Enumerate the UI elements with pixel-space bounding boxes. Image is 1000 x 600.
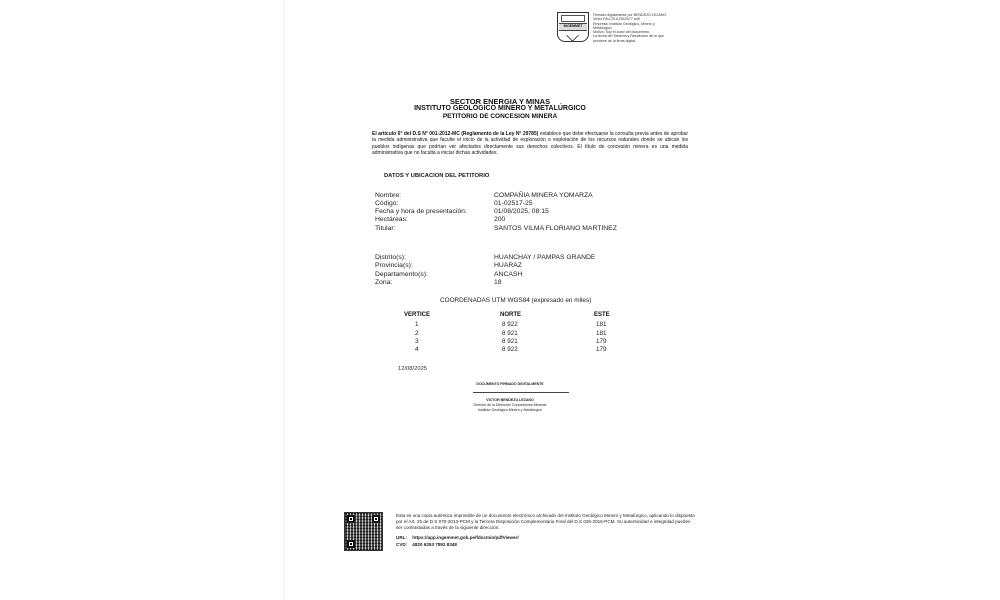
label-nombre: Nombre: (375, 192, 401, 199)
table-cell: 3 (415, 338, 419, 345)
ingemmet-seal-icon: INGEMMET (557, 12, 589, 42)
value-zona: 18 (494, 279, 502, 286)
table-cell: 4 (415, 346, 419, 353)
coordinates-title: COORDENADAS UTM WGS84 (expresado en mile… (440, 297, 591, 304)
col-norte: NORTE (500, 312, 521, 318)
signature-caption: DOCUMENTO FIRMADO DIGITALMENTE (445, 382, 575, 386)
table-cell: 8 921 (502, 338, 518, 345)
value-titular: SANTOS VILMA FLORIANO MARTINEZ (494, 225, 617, 232)
label-codigo: Código: (375, 200, 398, 207)
authenticity-notice: Esta es una copia auténtica imprimible d… (396, 513, 696, 530)
label-distrito: Distrito(s): (375, 254, 406, 261)
document-date: 12/08/2025 (398, 366, 427, 372)
footer-cvd-row: CVD: 4820 9253 7892 8348 (396, 542, 457, 547)
value-distrito: HUANCHAY / PAMPAS GRANDE (494, 254, 595, 261)
label-zona: Zona: (375, 279, 392, 286)
label-departamento: Departamento(s): (375, 271, 428, 278)
table-cell: 179 (596, 346, 607, 353)
label-fecha: Fecha y hora de presentación: (375, 208, 467, 215)
value-nombre: COMPAÑIA MINERA YOMARZA (494, 192, 593, 199)
section-title: DATOS Y UBICACION DEL PETITORIO (384, 173, 489, 179)
footer-url-row: URL: https://app.ingemmet.gob.pe/fdocmin… (396, 535, 519, 540)
legal-notice: El artículo 6° del D.S N° 001-2012-MC (R… (372, 131, 688, 157)
digital-signature-stamp-text: Firmado digitalmente por BENDEZÚ LEZANO … (593, 13, 668, 43)
value-fecha: 01/08/2025, 08:15 (494, 208, 549, 215)
value-departamento: ANCASH (494, 271, 522, 278)
table-cell: 181 (596, 321, 607, 328)
header-institute: INSTITUTO GEOLÓGICO MINERO Y METALÚRGICO (400, 105, 600, 112)
qr-code-icon (344, 512, 383, 551)
table-cell: 8 922 (502, 346, 518, 353)
label-hectareas: Hectáreas: (375, 216, 408, 223)
value-codigo: 01-02517-25 (494, 200, 533, 207)
value-provincia: HUARAZ (494, 262, 522, 269)
header-document-type: PETITORIO DE CONCESION MINERA (400, 113, 600, 120)
verification-url-link[interactable]: https://app.ingemmet.gob.pe/fdocmin/pdfV… (412, 535, 518, 540)
label-titular: Titular: (375, 225, 396, 232)
signature-line (473, 392, 569, 393)
value-hectareas: 200 (494, 216, 505, 223)
label-provincia: Provincia(s): (375, 262, 413, 269)
table-cell: 179 (596, 338, 607, 345)
signature-block: VICTOR BENDEZÚ LEZANO Director de la Dir… (445, 398, 575, 413)
table-cell: 8 921 (502, 330, 518, 337)
table-cell: 2 (415, 330, 419, 337)
table-cell: 1 (415, 321, 419, 328)
table-cell: 8 922 (502, 321, 518, 328)
table-cell: 181 (596, 330, 607, 337)
col-vertice: VERTICE (404, 312, 430, 318)
col-este: ESTE (594, 312, 610, 318)
verification-code: 4820 9253 7892 8348 (412, 542, 457, 547)
